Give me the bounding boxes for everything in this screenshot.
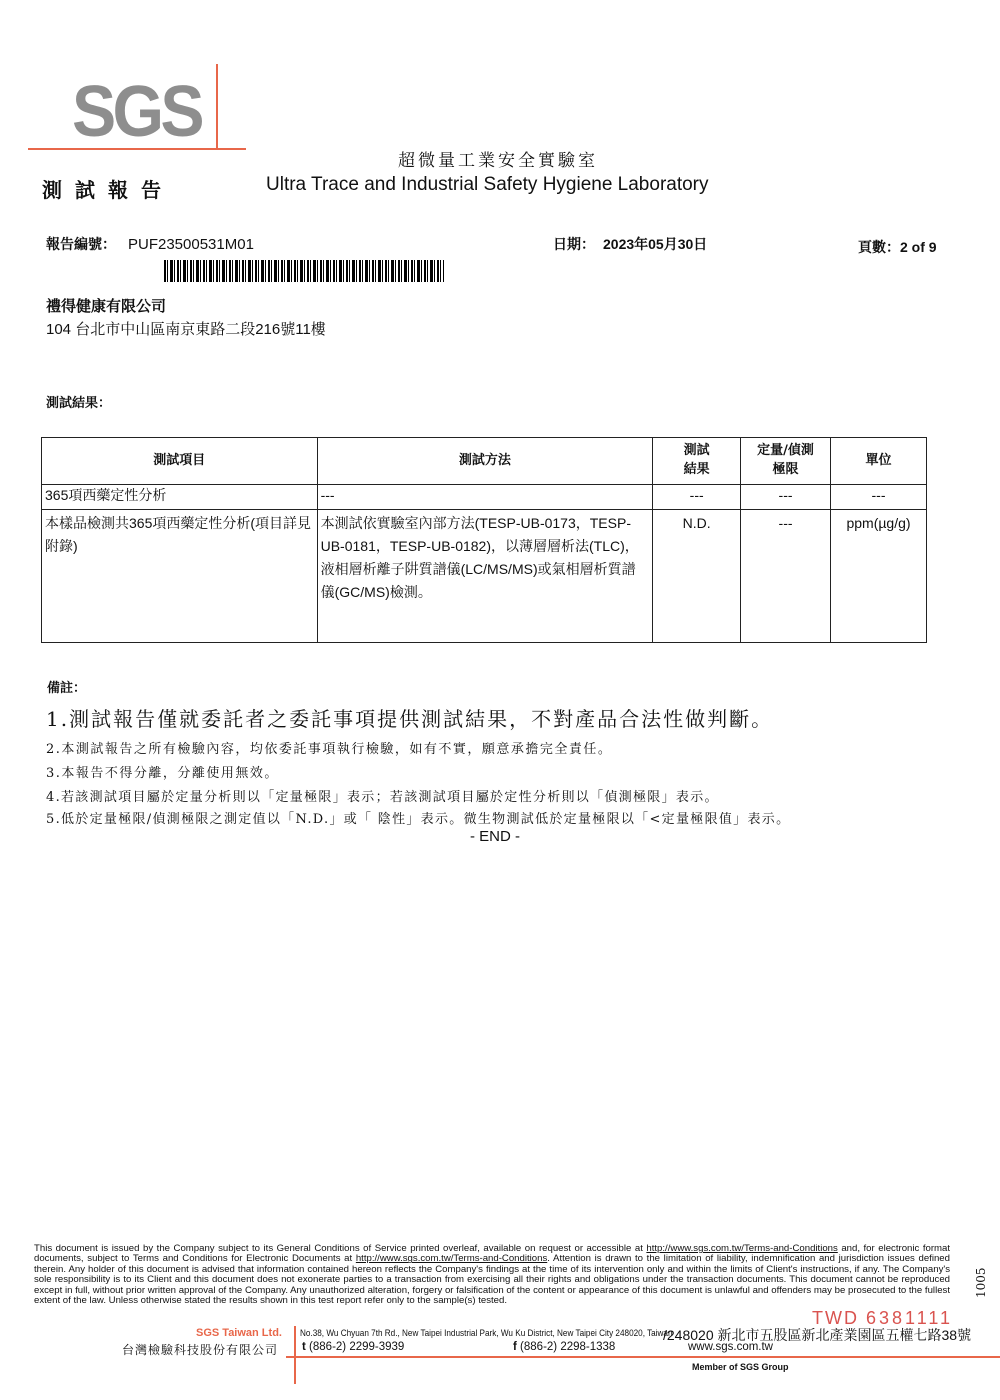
column-header-method: 測試方法 — [317, 438, 653, 485]
date-label: 日期： — [553, 237, 595, 253]
fax-value: (886-2) 2298-1338 — [520, 1341, 615, 1353]
page-value: 2 of 9 — [900, 239, 937, 255]
note-item: 3.本報告不得分離，分離使用無效。 — [46, 762, 279, 781]
column-header-unit: 單位 — [831, 438, 927, 485]
note-item: 5.低於定量極限/偵測極限之測定值以「N.D.」或「 陰性」表示。微生物測試低於… — [46, 808, 790, 827]
footer-horizontal-rule — [286, 1356, 1000, 1358]
legal-disclaimer: This document is issued by the Company s… — [34, 1244, 950, 1306]
barcode — [164, 260, 444, 282]
note-item: 4.若該測試項目屬於定量分析則以「定量極限」表示；若該測試項目屬於定性分析則以「… — [46, 786, 719, 805]
cell-item: 本樣品檢測共365項西藥定性分析(項目詳見附錄) — [42, 510, 318, 643]
result-header-line1: 測試 — [684, 443, 710, 458]
footer-vertical-rule — [294, 1326, 296, 1384]
table-row: 本樣品檢測共365項西藥定性分析(項目詳見附錄) 本測試依實驗室內部方法(TES… — [42, 510, 927, 643]
terms-link-electronic[interactable]: http://www.sgs.com.tw/Terms-and-Conditio… — [356, 1253, 547, 1264]
cell-item: 365項西藥定性分析 — [42, 485, 318, 510]
side-code: 1005 — [974, 1267, 988, 1298]
page-label: 頁數： — [858, 240, 900, 256]
page-count: 頁數：2 of 9 — [858, 237, 937, 257]
cell-method: --- — [317, 485, 653, 510]
report-number-value: PUF23500531M01 — [128, 236, 254, 253]
date-value: 2023年05月30日 — [603, 236, 707, 252]
end-marker: - END - — [470, 828, 520, 845]
phone-icon: t — [302, 1341, 306, 1353]
member-of-group: Member of SGS Group — [692, 1362, 789, 1372]
column-header-limit: 定量/偵測極限 — [741, 438, 831, 485]
notes-label: 備註： — [47, 677, 86, 696]
cell-method: 本測試依實驗室內部方法(TESP-UB-0173，TESP-UB-0181，TE… — [317, 510, 653, 643]
report-number-label: 報告編號： — [46, 237, 116, 253]
note-item: 2.本測試報告之所有檢驗內容，均依委託事項執行檢驗，如有不實，願意承擔完全責任。 — [46, 738, 612, 757]
cell-unit: ppm(µg/g) — [831, 510, 927, 643]
table-row: 365項西藥定性分析 --- --- --- --- — [42, 485, 927, 510]
company-name-en: SGS Taiwan Ltd. — [196, 1327, 282, 1339]
report-date: 日期：2023年05月30日 — [553, 234, 707, 254]
fax: f (886-2) 2298-1338 — [513, 1341, 615, 1353]
sgs-logo: SGS — [72, 76, 201, 148]
lab-name-zh: 超微量工業安全實驗室 — [398, 146, 598, 171]
report-number: 報告編號：PUF23500531M01 — [46, 234, 254, 254]
company-address-en: No.38, Wu Chyuan 7th Rd., New Taipei Ind… — [300, 1328, 673, 1339]
fax-icon: f — [513, 1341, 517, 1353]
cell-limit: --- — [741, 485, 831, 510]
limit-header-line1: 定量/偵測 — [757, 443, 814, 458]
client-address: 104 台北市中山區南京東路二段216號11樓 — [46, 318, 326, 339]
client-name: 禮得健康有限公司 — [46, 295, 166, 316]
terms-link[interactable]: http://www.sgs.com.tw/Terms-and-Conditio… — [646, 1243, 837, 1254]
cell-limit: --- — [741, 510, 831, 643]
logo-horizontal-rule — [28, 148, 246, 150]
telephone: t (886-2) 2299-3939 — [302, 1341, 404, 1353]
telephone-value: (886-2) 2299-3939 — [309, 1341, 404, 1353]
logo-vertical-rule — [216, 64, 218, 150]
result-header-line2: 結果 — [684, 462, 710, 477]
cell-result: --- — [653, 485, 741, 510]
limit-header-line2: 極限 — [773, 462, 799, 477]
disclaimer-text: This document is issued by the Company s… — [34, 1243, 646, 1254]
table-header-row: 測試項目 測試方法 測試結果 定量/偵測極限 單位 — [42, 438, 927, 485]
column-header-result: 測試結果 — [653, 438, 741, 485]
cell-result: N.D. — [653, 510, 741, 643]
lab-name-en: Ultra Trace and Industrial Safety Hygien… — [266, 174, 709, 196]
company-name-zh: 台灣檢驗科技股份有限公司 — [122, 1341, 278, 1358]
results-table: 測試項目 測試方法 測試結果 定量/偵測極限 單位 365項西藥定性分析 ---… — [41, 437, 927, 643]
column-header-item: 測試項目 — [42, 438, 318, 485]
cell-unit: --- — [831, 485, 927, 510]
results-section-label: 測試結果： — [46, 392, 111, 411]
report-title: 測試報告 — [42, 174, 174, 203]
note-item: 1.測試報告僅就委託者之委託事項提供測試結果，不對產品合法性做判斷。 — [46, 703, 773, 732]
website: www.sgs.com.tw — [688, 1341, 773, 1353]
